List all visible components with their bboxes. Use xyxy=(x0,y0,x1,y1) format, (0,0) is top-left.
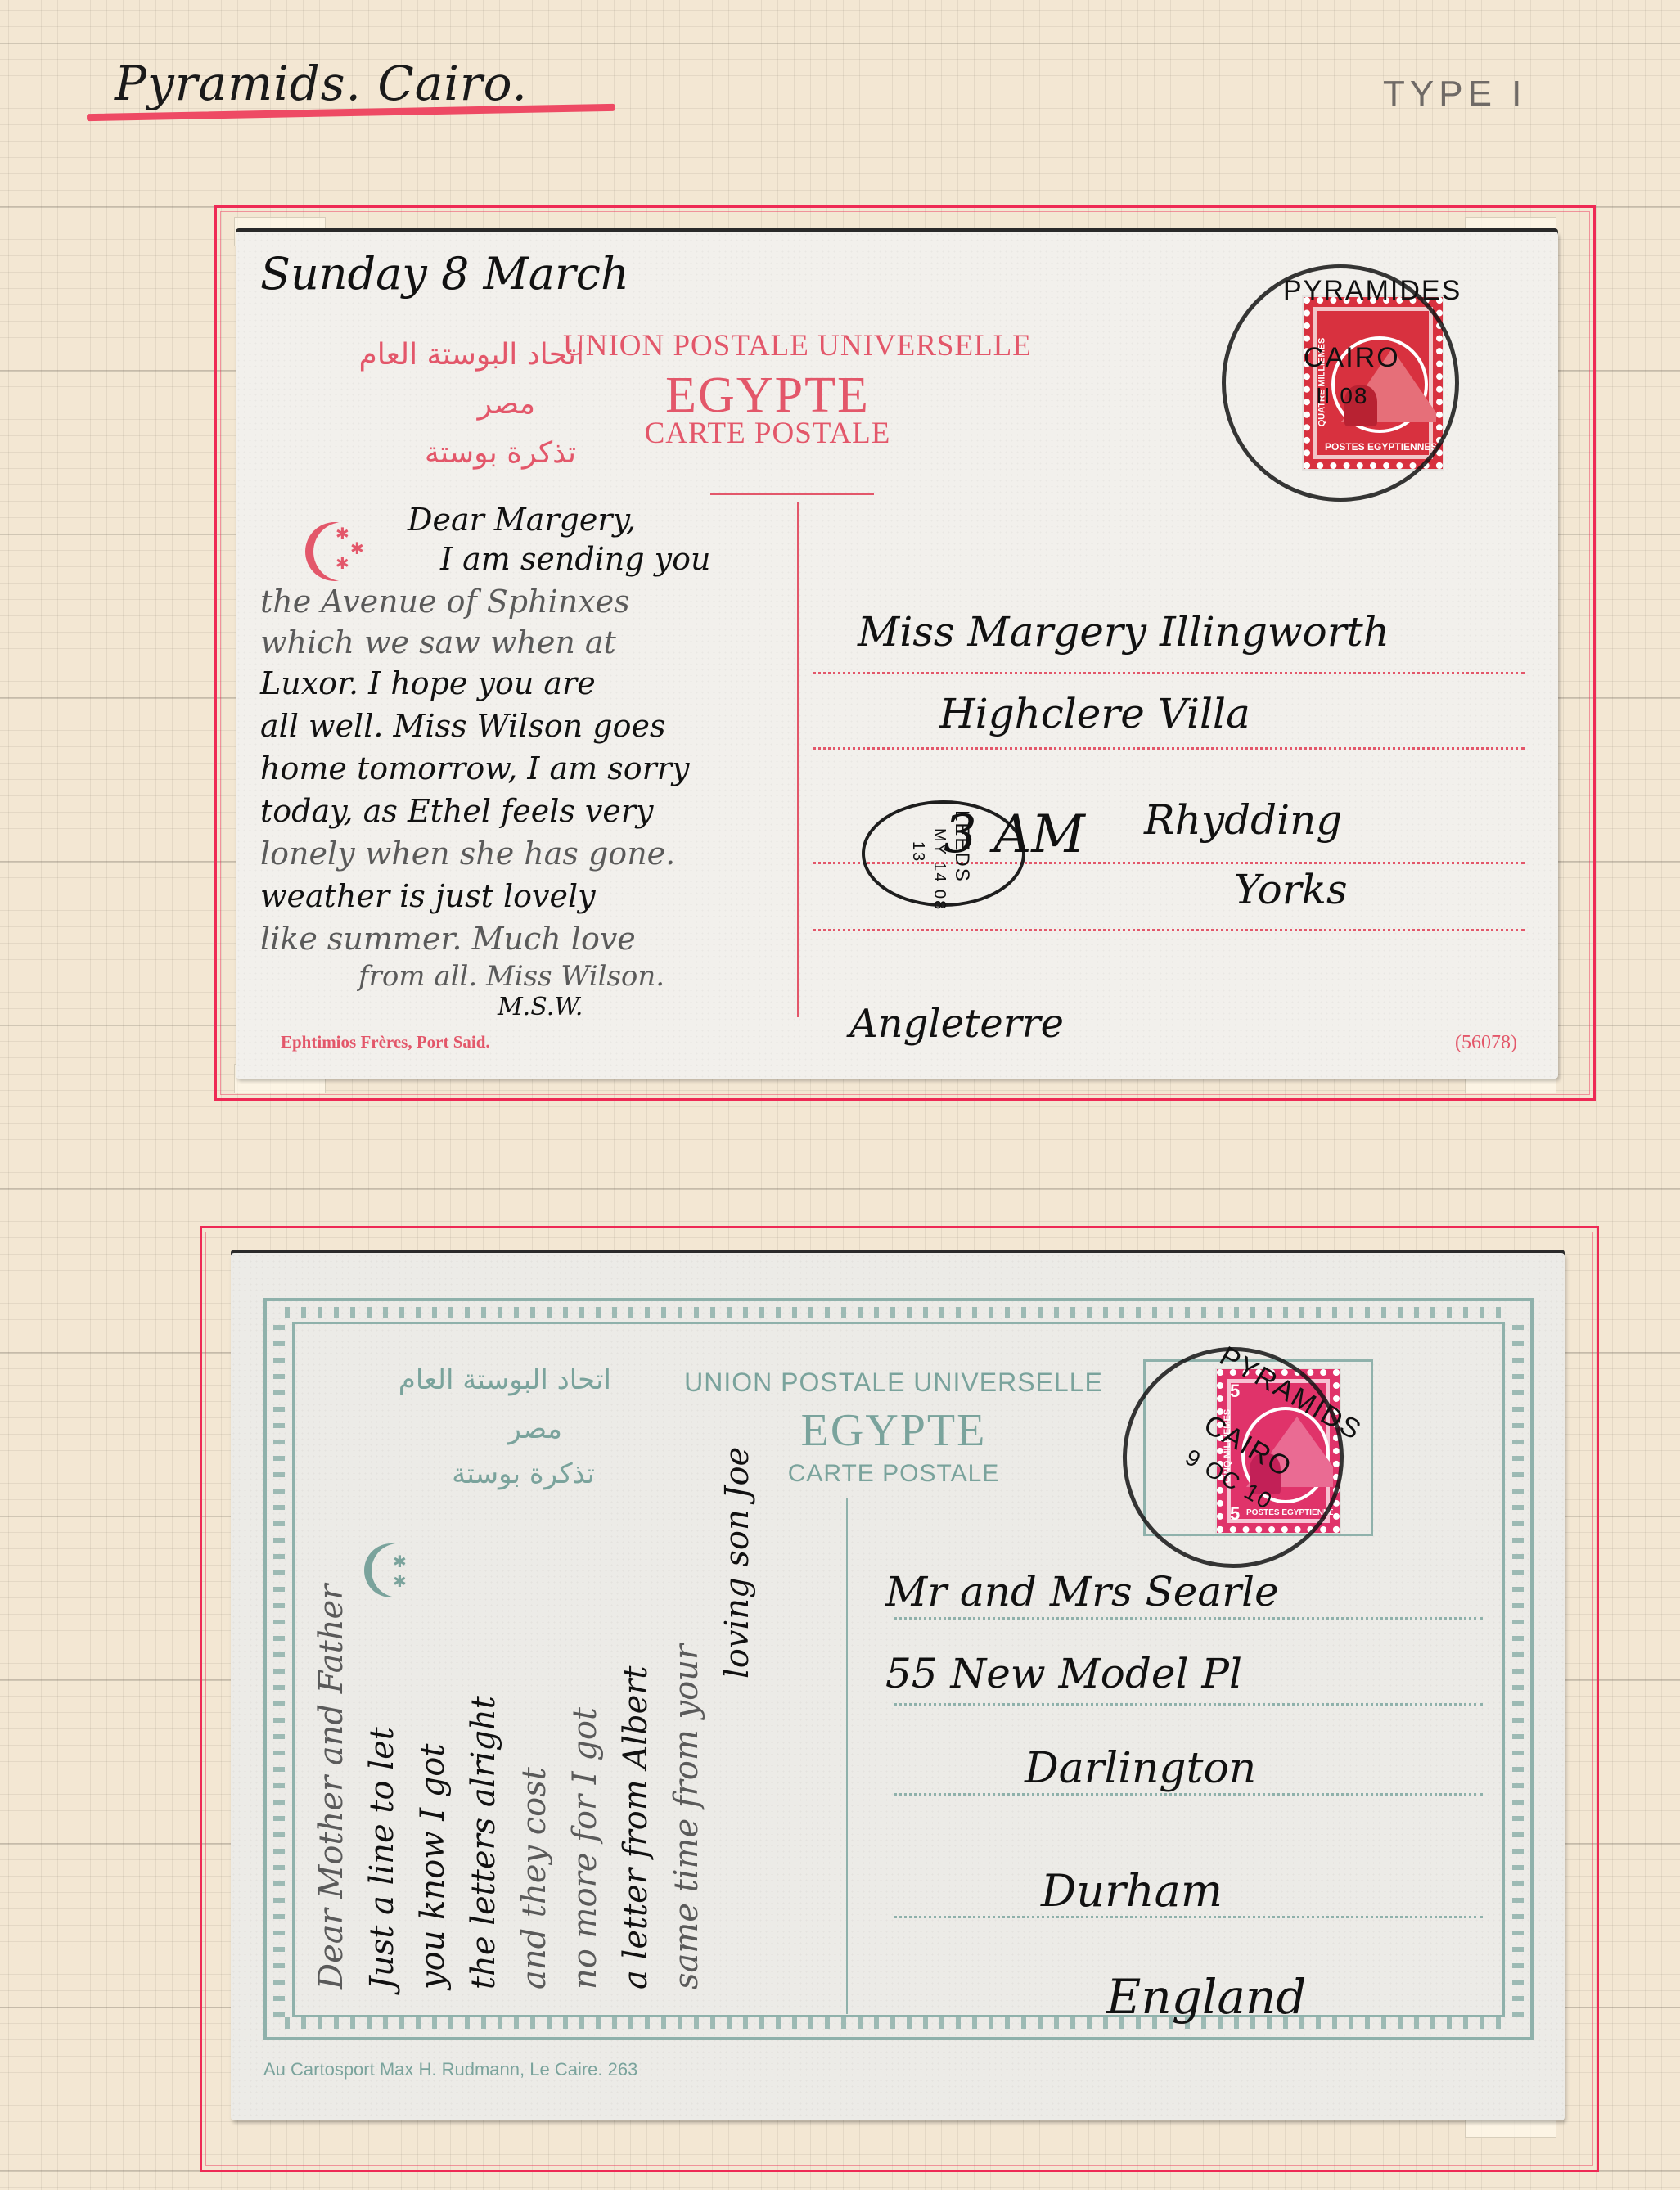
message-line: Luxor. I hope you are xyxy=(260,665,596,701)
header-rule xyxy=(710,493,874,495)
message-line: like summer. Much love xyxy=(260,921,636,957)
message-block: Dear Mother and Father Just a line to le… xyxy=(313,1310,845,1989)
message-line: all well. Miss Wilson goes xyxy=(260,708,665,744)
handwritten-date: Sunday 8 March xyxy=(260,248,629,300)
message-signature: M.S.W. xyxy=(498,993,583,1021)
address-line-name: Miss Margery Illingworth xyxy=(858,608,1389,656)
message-line: lonely when she has gone. xyxy=(260,836,675,872)
publisher-imprint: Ephtimios Frères, Port Said. xyxy=(281,1032,490,1052)
message-line: today, as Ethel feels very xyxy=(260,793,654,829)
message-line: you know I got xyxy=(414,1744,452,1989)
message-line: a letter from Albert xyxy=(617,1666,655,1990)
cancel-postmark: PYRAMIDES CAIRO II 08 xyxy=(1222,264,1459,502)
address-rule xyxy=(813,747,1525,750)
publisher-imprint: Au Cartosport Max H. Rudmann, Le Caire. … xyxy=(263,2059,637,2080)
receiving-mark-numeral: 3 AM xyxy=(944,804,1085,865)
message-line: I am sending you xyxy=(440,541,711,577)
header-card-type: CARTE POSTALE xyxy=(563,416,972,451)
message-line: Dear Mother and Father xyxy=(313,1584,350,1989)
message-line: Dear Margery, xyxy=(408,502,636,538)
destination-country: Angleterre xyxy=(849,1001,1064,1047)
header-upu: UNION POSTALE UNIVERSELLE xyxy=(563,328,972,363)
address-line-county: Durham xyxy=(1041,1865,1223,1917)
address-rule xyxy=(813,929,1525,931)
message-line: from all. Miss Wilson. xyxy=(358,960,664,993)
postcard-luxor[interactable]: Sunday 8 March اتحاد البوستة العام مصر ت… xyxy=(236,232,1558,1079)
message-line: the Avenue of Sphinxes xyxy=(260,584,630,620)
message-line: weather is just lovely xyxy=(260,878,596,914)
star-icon: ✱ xyxy=(336,526,349,543)
type-label: TYPE I xyxy=(1383,74,1526,115)
message-signature: loving son Joe xyxy=(718,1447,756,1679)
address-line-town: Darlington xyxy=(1025,1744,1256,1793)
card-divider xyxy=(846,1498,848,2014)
star-icon: ✱ xyxy=(350,541,364,557)
postcard-darlington[interactable]: اتحاد البوستة العام مصر تذكرة بوستة UNIO… xyxy=(231,1253,1565,2120)
address-line-name: Mr and Mrs Searle xyxy=(885,1568,1279,1615)
arabic-line-upu: اتحاد البوستة العام xyxy=(358,338,584,372)
address-line-country: England xyxy=(1106,1969,1306,2025)
message-line: which we saw when at xyxy=(260,624,616,660)
star-icon: ✱ xyxy=(336,556,349,572)
message-line: the letters alright xyxy=(465,1696,502,1989)
message-line: and they cost xyxy=(516,1767,553,1989)
message-line: home tomorrow, I am sorry xyxy=(260,750,689,786)
arabic-line-postcard: تذكرة بوستة xyxy=(425,436,576,470)
message-line: no more for I got xyxy=(566,1707,604,1989)
address-rule xyxy=(894,1793,1483,1796)
address-line-street: 55 New Model Pl xyxy=(885,1650,1242,1697)
address-rule xyxy=(894,1617,1483,1620)
address-line-county: Yorks xyxy=(1234,866,1348,913)
address-rule xyxy=(894,1703,1483,1706)
address-line-town: Rhydding xyxy=(1144,796,1342,844)
address-line-house: Highclere Villa xyxy=(939,690,1250,737)
arabic-line-egypt: مصر xyxy=(478,387,535,421)
message-line: Just a line to let xyxy=(363,1727,401,1989)
catalogue-number: (56078) xyxy=(1455,1032,1517,1054)
message-line: same time from your xyxy=(668,1644,705,1989)
address-rule xyxy=(813,672,1525,674)
album-page-title: Pyramids. Cairo. xyxy=(115,56,528,111)
card-divider xyxy=(797,502,799,1017)
